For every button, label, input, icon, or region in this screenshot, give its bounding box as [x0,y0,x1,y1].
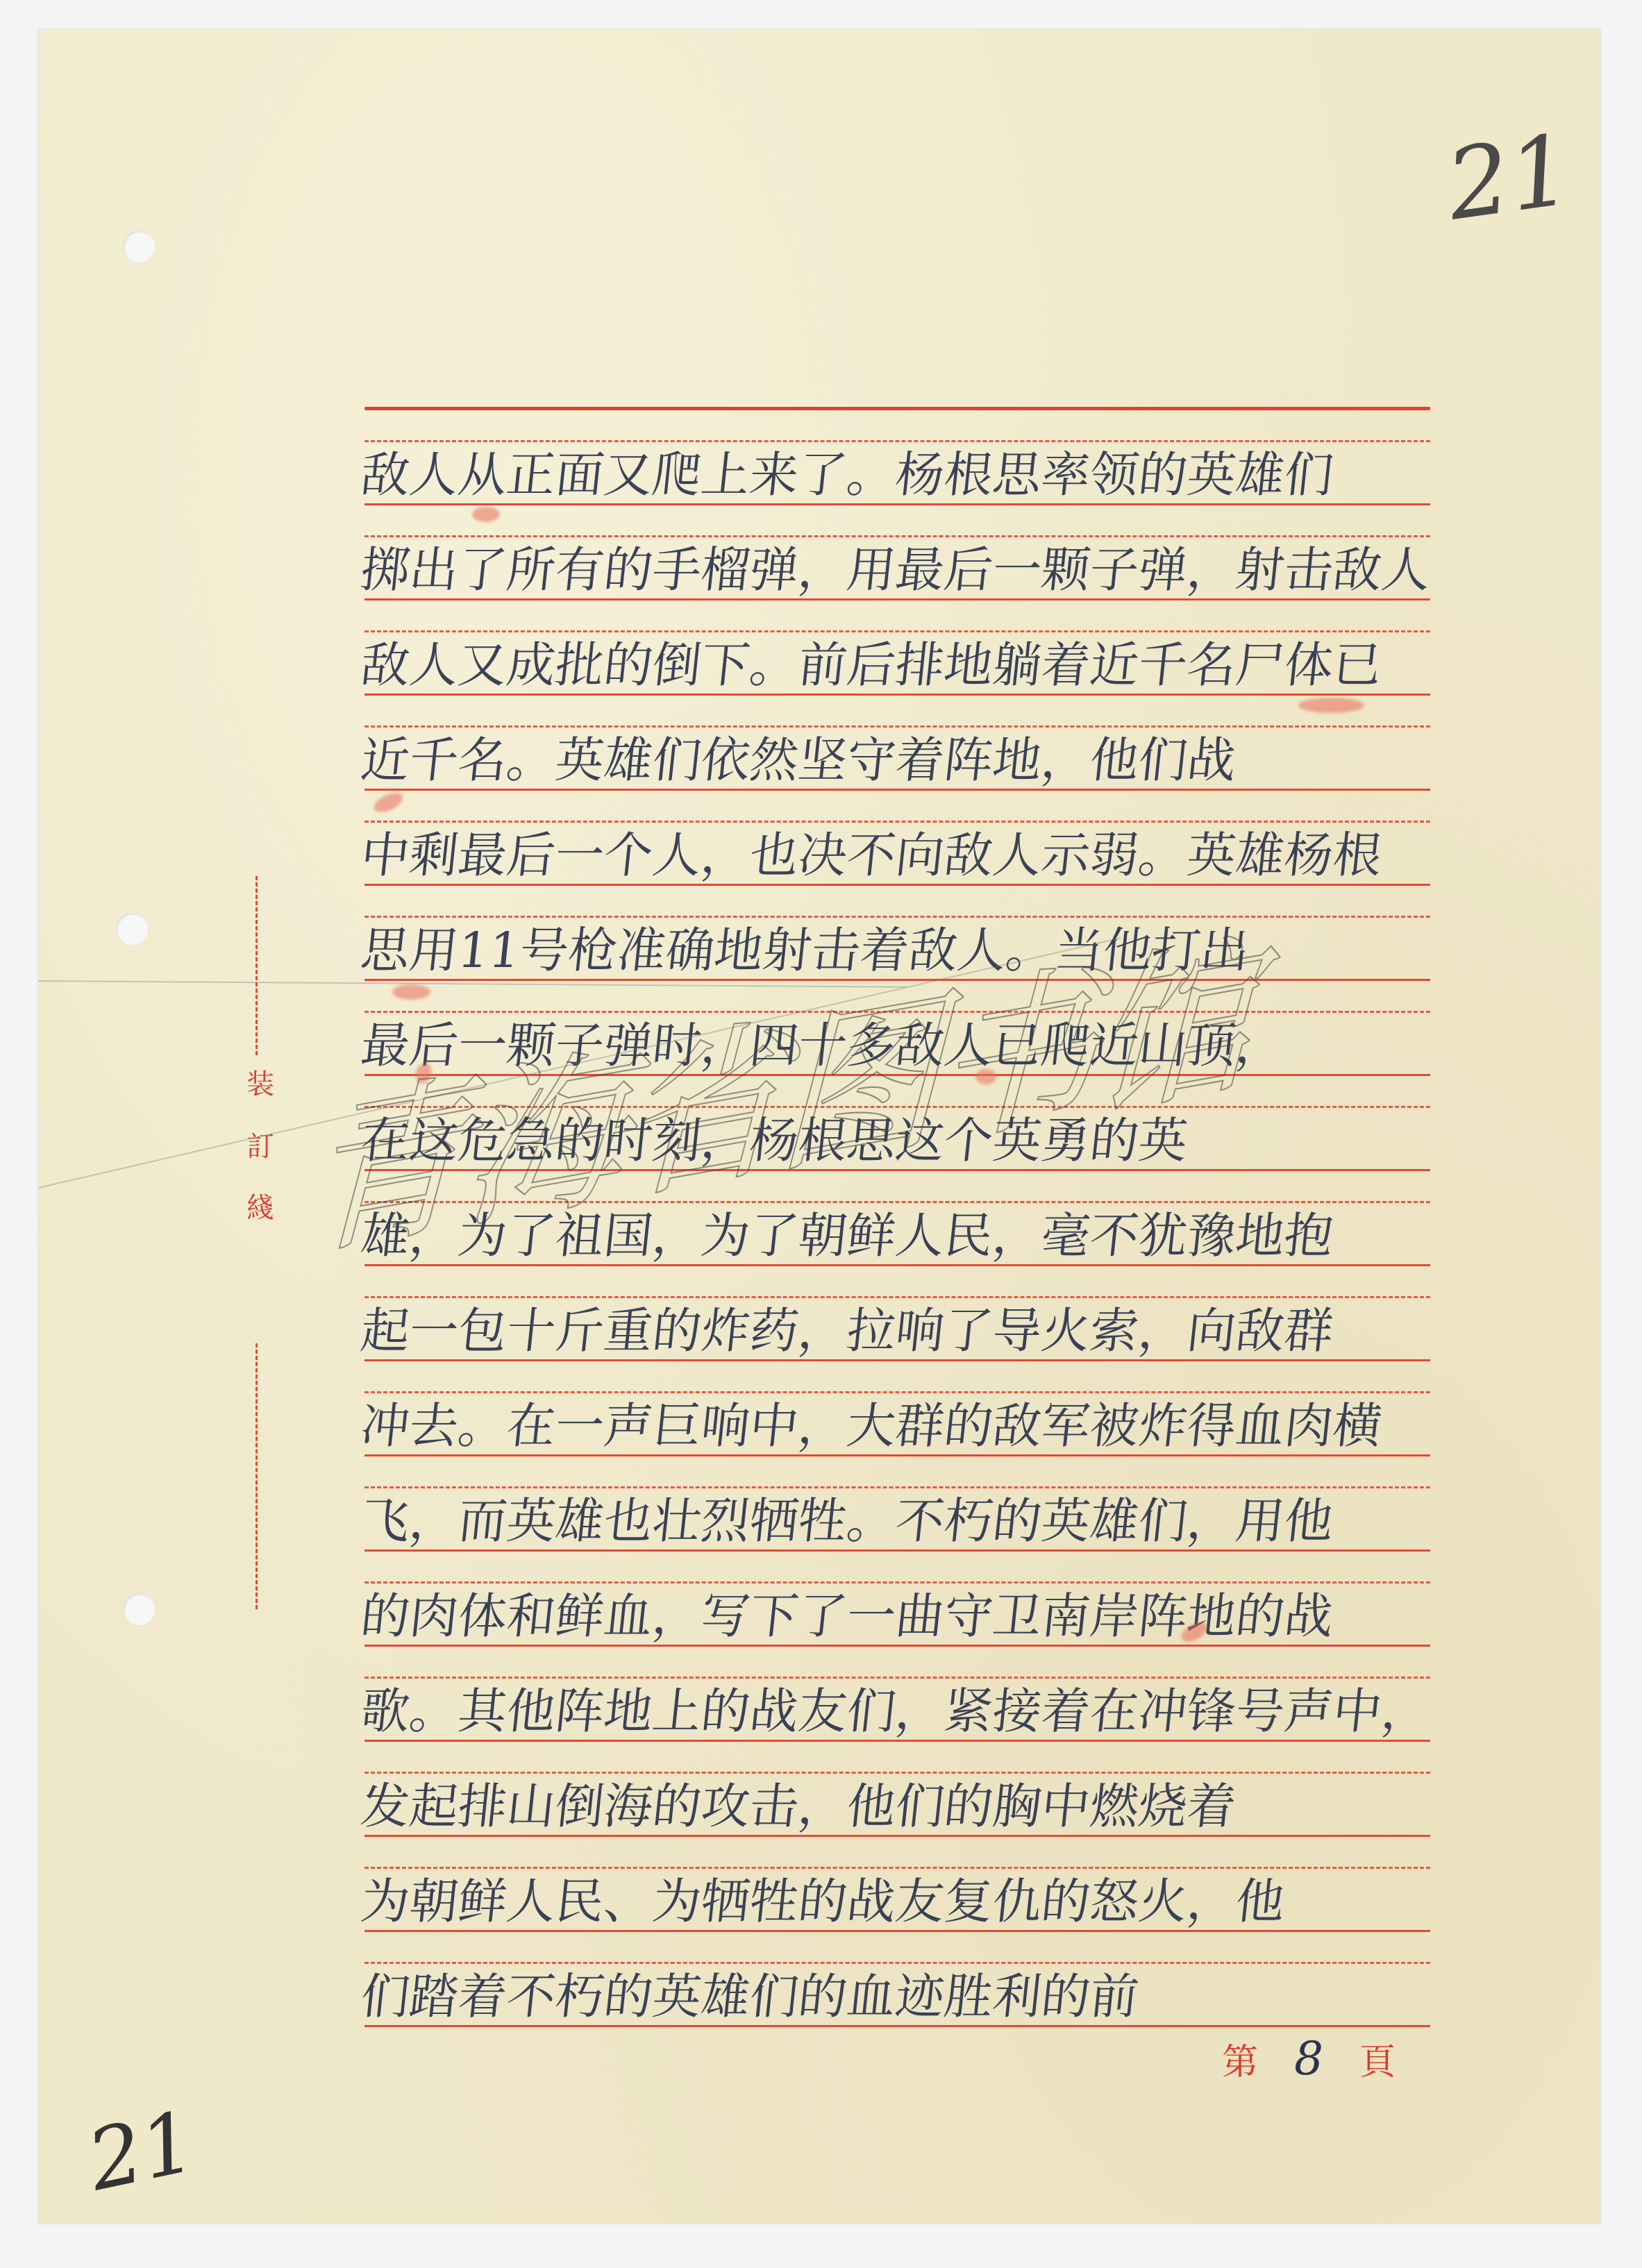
page-footer: 第 8 頁 [1222,2031,1396,2086]
text-line: 敌人又成批的倒下。前后排地躺着近千名尸体已 [361,630,1434,725]
archive-number-top: 21 [1441,113,1579,242]
binding-char: 装 [240,1062,281,1102]
text-line: 近千名。英雄们依然坚守着阵地，他们战 [361,725,1434,821]
text-line: 在这危急的时刻，杨根思这个英勇的英 [361,1106,1434,1201]
handwritten-text: 起一包十斤重的炸药，拉响了导火索，向敌群 [358,1303,1436,1359]
handwritten-text: 冲去。在一声巨响中，大群的敌军被炸得血肉横 [358,1398,1436,1454]
text-line: 思用11号枪准确地射击着敌人。当他打出 [361,916,1434,1011]
punch-hole [116,913,148,945]
text-line: 歌。其他阵地上的战友们，紧接着在冲锋号声中， [361,1677,1434,1772]
red-mark [472,507,500,522]
text-line: 敌人从正面又爬上来了。杨根思率领的英雄们 [361,440,1434,535]
binding-char: 綫 [240,1186,281,1225]
text-line: 的肉体和鲜血，写下了一曲守卫南岸阵地的战 [361,1581,1434,1677]
text-line: 最后一颗子弹时，四十多敌人已爬近山顶， [361,1011,1434,1106]
handwritten-text: 歌。其他阵地上的战友们，紧接着在冲锋号声中， [358,1683,1436,1739]
red-mark [1298,698,1364,713]
text-line: 中剩最后一个人，也决不向敌人示弱。英雄杨根 [361,821,1434,916]
text-line: 发起排山倒海的攻击，他们的胸中燃烧着 [361,1772,1434,1867]
text-line: 飞，而英雄也壮烈牺牲。不朽的英雄们，用他 [361,1486,1434,1581]
red-mark [975,1069,996,1084]
handwritten-text: 飞，而英雄也壮烈牺牲。不朽的英雄们，用他 [358,1493,1436,1549]
handwritten-text: 中剩最后一个人，也决不向敌人示弱。英雄杨根 [358,828,1436,883]
top-rule [365,407,1430,410]
handwritten-text: 最后一颗子弹时，四十多敌人已爬近山顶， [358,1018,1436,1073]
text-line: 起一包十斤重的炸药，拉响了导火索，向敌群 [361,1296,1434,1391]
binding-char: 訂 [240,1125,281,1164]
binding-line-upper [255,876,258,1055]
binding-line-lower [255,1343,258,1609]
text-line: 为朝鲜人民、为牺牲的战友复仇的怒火，他 [361,1867,1434,1962]
handwritten-text: 掷出了所有的手榴弹，用最后一颗子弹，射击敌人， [358,542,1436,598]
red-mark [392,984,430,1000]
punch-hole [123,1593,155,1625]
handwritten-text: 在这危急的时刻，杨根思这个英勇的英 [358,1113,1436,1168]
page-number: 8 [1294,2032,1323,2085]
handwritten-text: 发起排山倒海的攻击，他们的胸中燃烧着 [358,1779,1436,1834]
text-line: 掷出了所有的手榴弹，用最后一颗子弹，射击敌人， [361,535,1434,630]
handwritten-text: 为朝鲜人民、为牺牲的战友复仇的怒火，他 [358,1874,1436,1929]
handwritten-text: 敌人又成批的倒下。前后排地躺着近千名尸体已 [358,637,1436,693]
handwritten-text: 敌人从正面又爬上来了。杨根思率领的英雄们 [358,447,1436,503]
text-line: 雄，为了祖国，为了朝鲜人民，毫不犹豫地抱 [361,1201,1434,1296]
handwritten-text: 近千名。英雄们依然坚守着阵地，他们战 [358,732,1436,788]
handwritten-text: 思用11号枪准确地射击着敌人。当他打出 [358,923,1436,978]
handwritten-text: 们踏着不朽的英雄们的血迹胜利的前 [358,1969,1436,2024]
handwritten-text: 的肉体和鲜血，写下了一曲守卫南岸阵地的战 [358,1588,1436,1644]
handwritten-text: 雄，为了祖国，为了朝鲜人民，毫不犹豫地抱 [358,1208,1436,1263]
page-prefix: 第 [1222,2033,1258,2085]
page-suffix: 頁 [1359,2033,1396,2085]
text-line: 冲去。在一声巨响中，大群的敌军被炸得血肉横 [361,1391,1434,1486]
punch-hole [123,230,155,262]
